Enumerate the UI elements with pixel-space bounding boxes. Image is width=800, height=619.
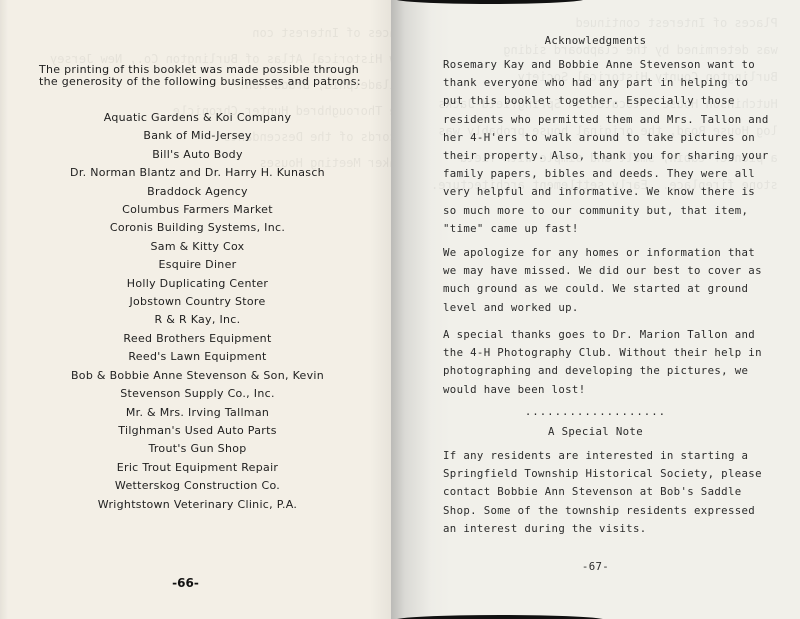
patron-item: Dr. Norman Blantz and Dr. Harry H. Kunas…	[4, 164, 391, 182]
patron-item: Reed's Lawn Equipment	[4, 348, 391, 366]
intro-text: The printing of this booklet was made po…	[39, 64, 379, 88]
acknowledgments-paragraph: Rosemary Kay and Bobbie Anne Stevenson w…	[443, 56, 773, 238]
special-note-heading: A Special Note	[391, 425, 800, 438]
patron-item: Jobstown Country Store	[4, 293, 391, 311]
patron-item: Stevenson Supply Co., Inc.	[4, 385, 391, 403]
dotted-separator: ...................	[391, 405, 800, 418]
special-thanks-paragraph: A special thanks goes to Dr. Marion Tall…	[443, 326, 773, 399]
patron-item: R & R Kay, Inc.	[4, 311, 391, 329]
patron-item: Wetterskog Construction Co.	[4, 477, 391, 495]
page-number-left: -66-	[0, 576, 371, 590]
patron-item: Coronis Building Systems, Inc.	[4, 219, 391, 237]
acknowledgments-heading: Acknowledgments	[391, 34, 800, 47]
patron-item: Holly Duplicating Center	[4, 275, 391, 293]
patron-item: Columbus Farmers Market	[4, 201, 391, 219]
patron-list: Aquatic Gardens & Koi CompanyBank of Mid…	[0, 109, 391, 514]
special-note-paragraph: If any residents are interested in start…	[443, 447, 773, 538]
patron-item: Tilghman's Used Auto Parts	[4, 422, 391, 440]
patron-item: Wrightstown Veterinary Clinic, P.A.	[4, 496, 391, 514]
patron-item: Trout's Gun Shop	[4, 440, 391, 458]
patron-item: Braddock Agency	[4, 183, 391, 201]
book-binding-shadow	[395, 615, 605, 619]
patron-item: Aquatic Gardens & Koi Company	[4, 109, 391, 127]
patron-item: Bob & Bobbie Anne Stevenson & Son, Kevin	[4, 367, 391, 385]
patron-item: Esquire Diner	[4, 256, 391, 274]
apology-paragraph: We apologize for any homes or informatio…	[443, 244, 773, 317]
patron-item: Eric Trout Equipment Repair	[4, 459, 391, 477]
patron-item: Bill's Auto Body	[4, 146, 391, 164]
page-number-right: -67-	[391, 560, 800, 573]
patron-item: Bank of Mid-Jersey	[4, 127, 391, 145]
patron-item: Sam & Kitty Cox	[4, 238, 391, 256]
patron-item: Reed Brothers Equipment	[4, 330, 391, 348]
patron-item: Mr. & Mrs. Irving Tallman	[4, 404, 391, 422]
